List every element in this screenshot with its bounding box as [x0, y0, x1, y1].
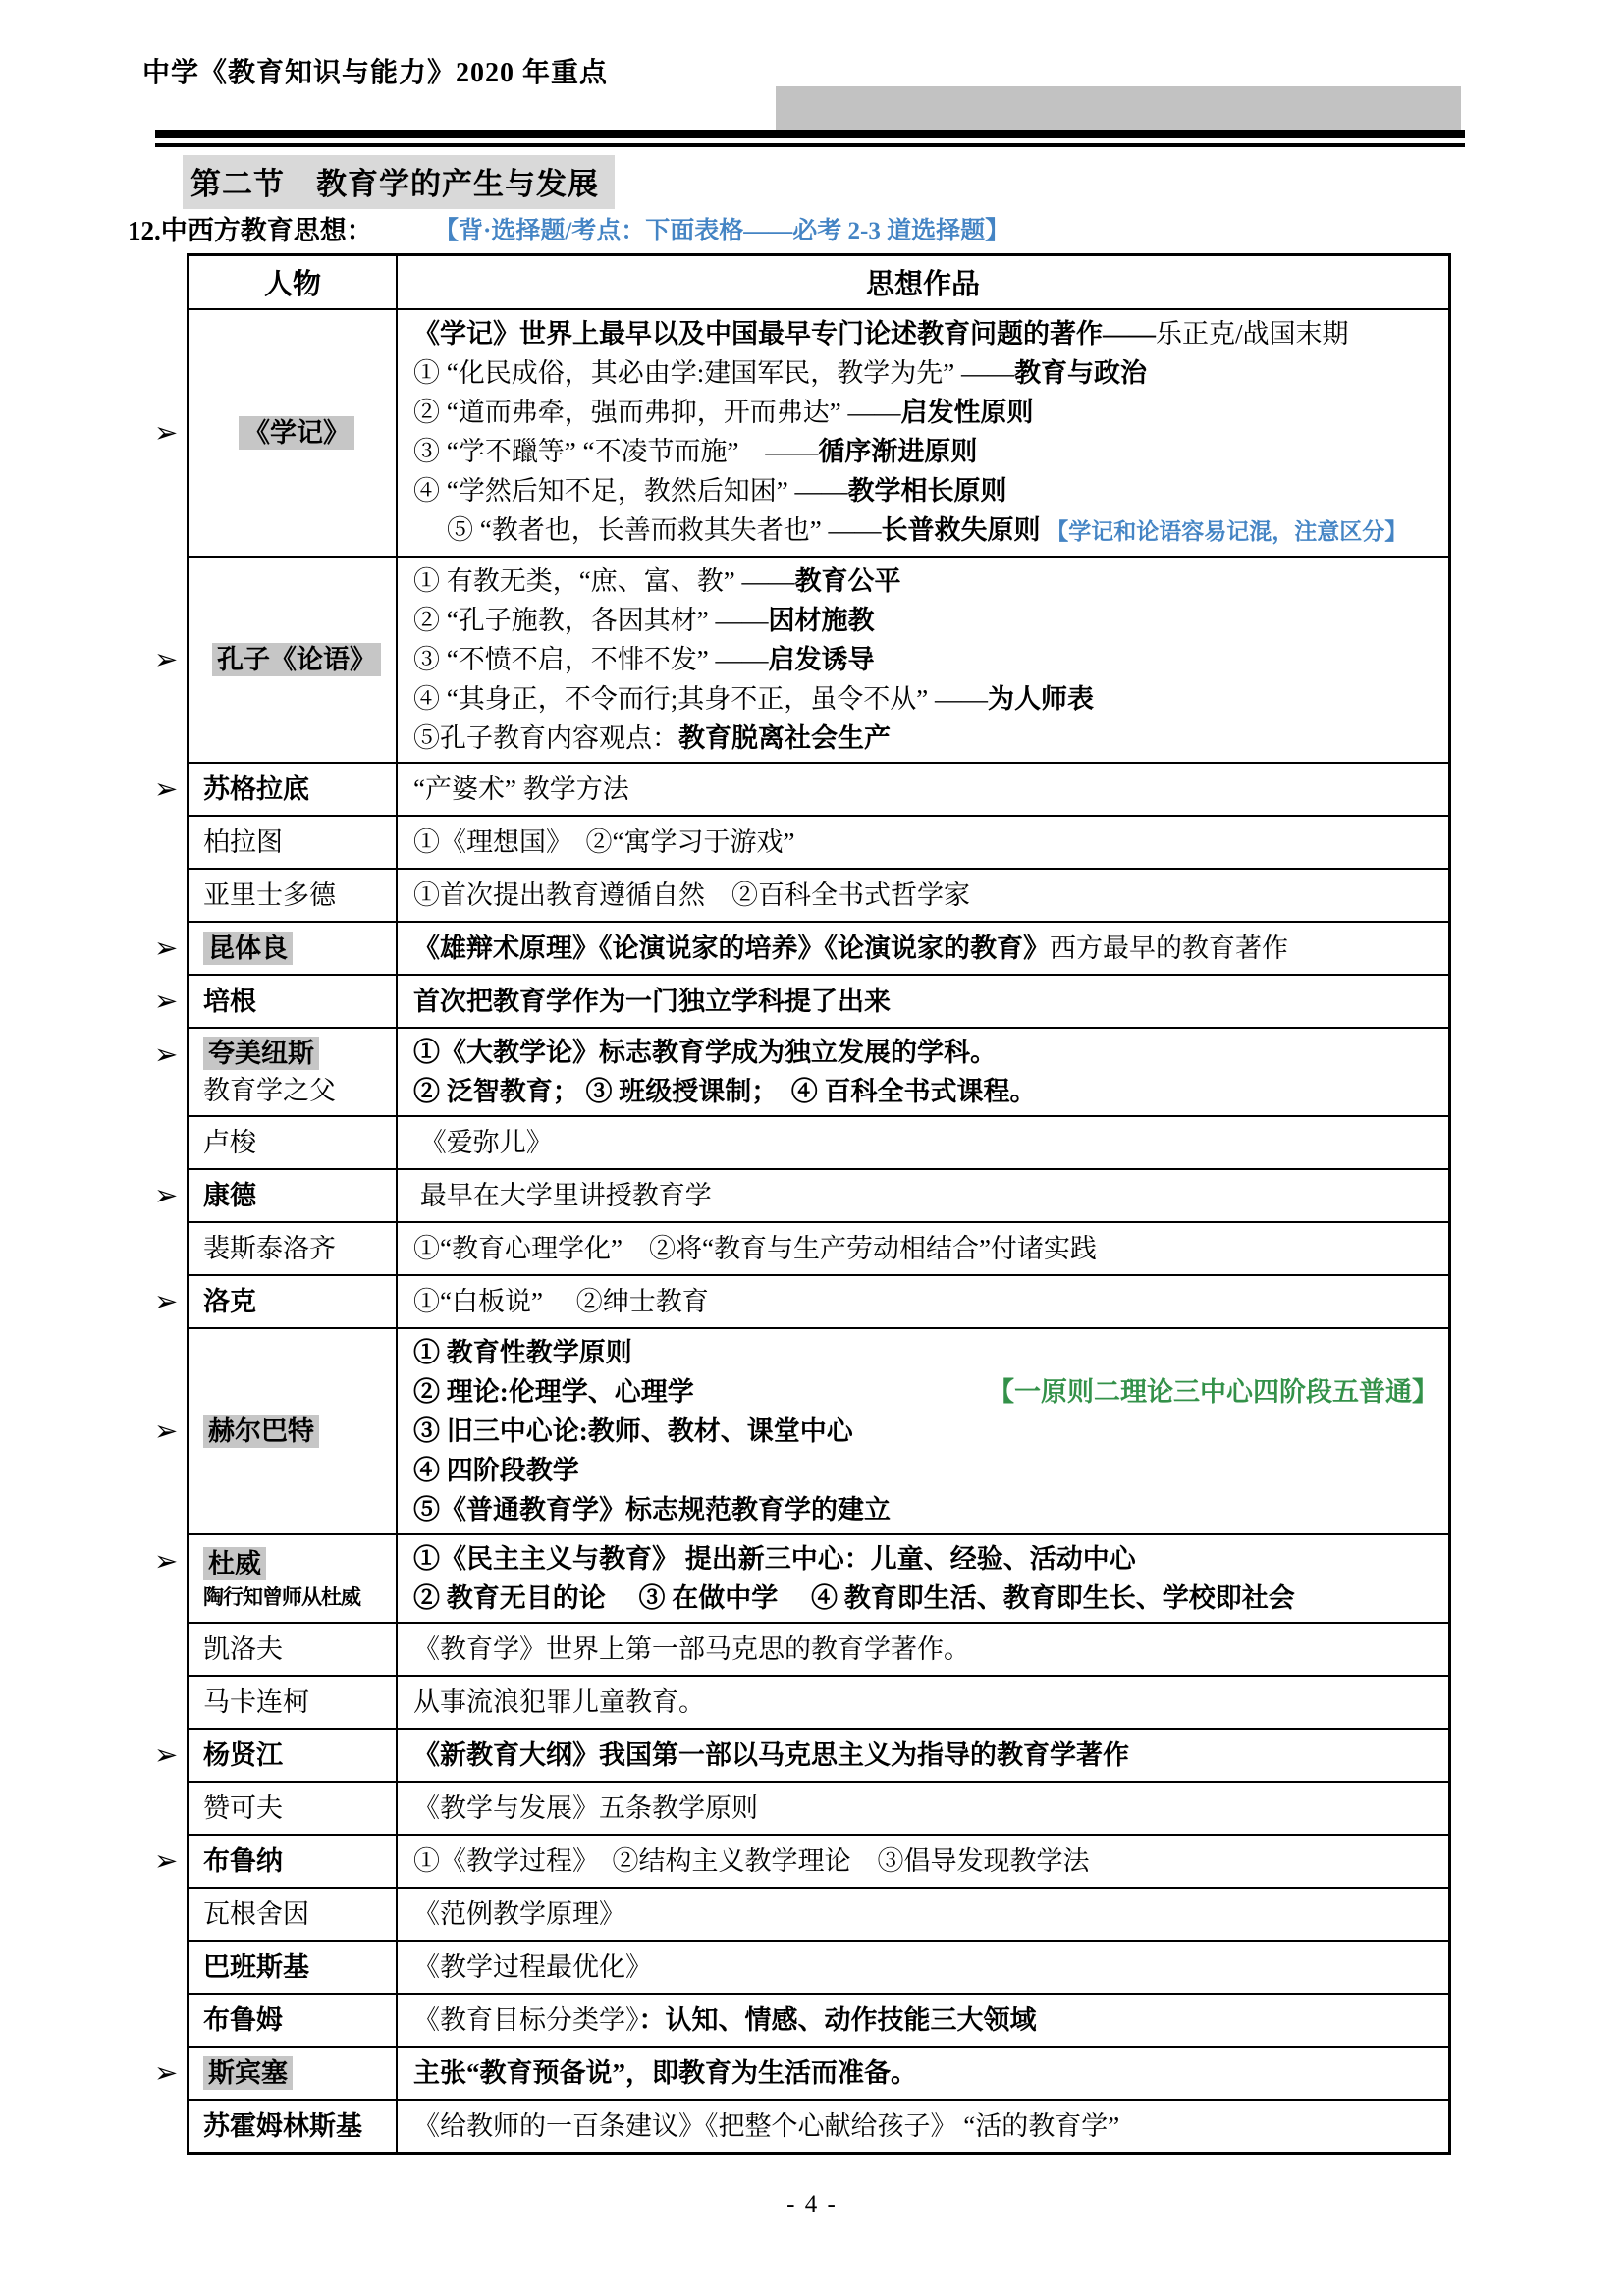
text-span: 《新教育大纲》我国第一部以马克思主义为指导的教育学著作: [413, 1740, 1129, 1770]
person-cell: 夸美纽斯教育学之父: [189, 1029, 398, 1115]
table-row: 凯洛夫《教育学》世界上第一部马克思的教育学著作。: [189, 1622, 1448, 1675]
row-marker-arrow-icon: ➢: [154, 1847, 178, 1876]
person-cell: 洛克: [189, 1276, 398, 1327]
text-span: ①《民主主义与教育》 提出新三中心：儿童、经验、活动中心: [413, 1544, 1136, 1574]
person-name: 凯洛夫: [203, 1630, 390, 1668]
person-name: 教育学之父: [203, 1072, 390, 1109]
table-row: ➢《学记》《学记》世界上最早以及中国最早专门论述教育问题的著作——乐正克/战国末…: [189, 308, 1448, 556]
person-cell: 布鲁纳: [189, 1836, 398, 1887]
text-span: ① “化民成俗，其必由学:建国军民，教学为先” ——: [413, 358, 1014, 388]
row-marker-arrow-icon: ➢: [154, 1182, 178, 1210]
person-name: 赫尔巴特: [203, 1413, 390, 1450]
content-cell: 《给教师的一百条建议》《把整个心献给孩子》 “活的教育学”: [398, 2101, 1448, 2152]
content-cell: 从事流浪犯罪儿童教育。: [398, 1677, 1448, 1728]
row-marker-arrow-icon: ➢: [154, 1741, 178, 1770]
content-line: 《爱弥儿》: [413, 1123, 1438, 1162]
content-line: ⑤ “教者也，长善而救其失者也” ——长普救失原则 【学记和论语容易记混，注意区…: [413, 510, 1438, 552]
person-name: 杜威: [203, 1545, 390, 1582]
row-marker-arrow-icon: ➢: [154, 988, 178, 1016]
text-span: ② “孔子施教，各因其材” ——: [413, 606, 768, 635]
content-column-header: 思想作品: [398, 256, 1448, 308]
person-name: 杨贤江: [203, 1736, 390, 1774]
content-cell: “产婆术” 教学方法: [398, 764, 1448, 815]
person-cell: 斯宾塞: [189, 2048, 398, 2099]
person-cell: 巴班斯基: [189, 1942, 398, 1993]
content-cell: ①首次提出教育遵循自然 ②百科全书式哲学家: [398, 870, 1448, 921]
person-name: 康德: [203, 1177, 390, 1214]
content-line: ② “道而弗牵，强而弗抑，开而弗达” ——启发性原则: [413, 393, 1438, 432]
person-name: 苏霍姆林斯基: [203, 2108, 390, 2145]
content-header-label: 思想作品: [866, 262, 980, 302]
content-line: ④ 四阶段教学: [413, 1451, 1438, 1490]
content-line: ② 理论:伦理学、心理学【一原则二理论三中心四阶段五普通】: [413, 1372, 1438, 1412]
doc-title: 中学《教育知识与能力》2020 年重点: [142, 51, 608, 90]
text-span: ④ 四阶段教学: [413, 1456, 579, 1485]
table-row: ➢斯宾塞主张“教育预备说”，即教育为生活而准备。: [189, 2046, 1448, 2099]
table-row: ➢苏格拉底“产婆术” 教学方法: [189, 762, 1448, 815]
person-cell: 卢梭: [189, 1117, 398, 1168]
text-span: ② “道而弗牵，强而弗抑，开而弗达” ——: [413, 398, 900, 427]
content-cell: ① 教育性教学原则② 理论:伦理学、心理学【一原则二理论三中心四阶段五普通】③ …: [398, 1329, 1448, 1533]
person-header-label: 人物: [264, 262, 321, 302]
row-marker-arrow-icon: ➢: [154, 1417, 178, 1446]
person-cell: 柏拉图: [189, 817, 398, 868]
content-line-right-note: 【一原则二理论三中心四阶段五普通】: [988, 1372, 1438, 1412]
list-exam-note: 【背·选择题/考点：下面表格——必考 2-3 道选择题】: [434, 211, 1009, 246]
content-line: ① 有教无类，“庶、富、教” ——教育公平: [413, 561, 1438, 601]
content-line: 《给教师的一百条建议》《把整个心献给孩子》 “活的教育学”: [413, 2107, 1438, 2146]
content-cell: 《教学过程最优化》: [398, 1942, 1448, 1993]
section-title: 第二节 教育学的产生与发展: [183, 155, 615, 209]
content-cell: 主张“教育预备说”，即教育为生活而准备。: [398, 2048, 1448, 2099]
text-span: ①《教学过程》 ②结构主义教学理论 ③倡导发现教学法: [413, 1846, 1090, 1876]
content-cell: 《教育目标分类学》：认知、情感、动作技能三大领域: [398, 1995, 1448, 2046]
person-name: 亚里士多德: [203, 877, 390, 914]
content-cell: ①“白板说” ②绅士教育: [398, 1276, 1448, 1327]
person-name: 夸美纽斯: [203, 1035, 390, 1072]
text-span: ①《理想国》 ②“寓学习于游戏”: [413, 828, 794, 857]
text-span: ① 有教无类，“庶、富、教” ——: [413, 566, 794, 596]
content-cell: 《新教育大纲》我国第一部以马克思主义为指导的教育学著作: [398, 1730, 1448, 1781]
content-line: 《教学与发展》五条教学原则: [413, 1789, 1438, 1828]
row-marker-arrow-icon: ➢: [154, 2059, 178, 2088]
table-row: 赞可夫《教学与发展》五条教学原则: [189, 1781, 1448, 1834]
text-span: 启发诱导: [768, 645, 874, 674]
text-span: ④ “学然后知不足，教然后知困” ——: [413, 476, 847, 506]
content-line: ①《教学过程》 ②结构主义教学理论 ③倡导发现教学法: [413, 1842, 1438, 1881]
header-divider-rule: [155, 130, 1465, 147]
content-line: 《新教育大纲》我国第一部以马克思主义为指导的教育学著作: [413, 1735, 1438, 1775]
text-span: ①《大教学论》标志教育学成为独立发展的学科。: [413, 1038, 997, 1067]
content-line: 最早在大学里讲授教育学: [413, 1176, 1438, 1215]
person-name: 昆体良: [203, 930, 390, 967]
person-column-header: 人物: [189, 256, 398, 308]
list-label: 12.中西方教育思想：: [128, 209, 373, 247]
table-row: 巴班斯基《教学过程最优化》: [189, 1940, 1448, 1993]
person-cell: 孔子《论语》: [189, 558, 398, 762]
text-span: ② 理论:伦理学、心理学: [413, 1377, 694, 1407]
text-span: 赫尔巴特: [203, 1415, 319, 1448]
text-span: 《爱弥儿》: [413, 1128, 553, 1157]
content-cell: 《雄辩术原理》《论演说家的培养》《论演说家的教育》西方最早的教育著作: [398, 923, 1448, 974]
content-cell: ①《教学过程》 ②结构主义教学理论 ③倡导发现教学法: [398, 1836, 1448, 1887]
text-span: ② 教育无目的论 ③ 在做中学 ④ 教育即生活、教育即生长、学校即社会: [413, 1583, 1295, 1613]
table-row: 裴斯泰洛齐①“教育心理学化” ②将“教育与生产劳动相结合”付诸实践: [189, 1221, 1448, 1274]
text-span: 教育脱离社会生产: [678, 723, 891, 753]
content-line: ① 教育性教学原则: [413, 1333, 1438, 1372]
content-line: ④ “学然后知不足，教然后知困” ——教学相长原则: [413, 471, 1438, 510]
content-line: ③ 旧三中心论:教师、教材、课堂中心: [413, 1412, 1438, 1451]
content-line: ①《民主主义与教育》 提出新三中心：儿童、经验、活动中心: [413, 1539, 1438, 1578]
content-cell: 首次把教育学作为一门独立学科提了出来: [398, 976, 1448, 1027]
table-row: ➢培根首次把教育学作为一门独立学科提了出来: [189, 974, 1448, 1027]
row-marker-arrow-icon: ➢: [154, 775, 178, 804]
text-span: 西方最早的教育著作: [1050, 934, 1288, 963]
content-cell: 《范例教学原理》: [398, 1889, 1448, 1940]
text-span: 《教育学》世界上第一部马克思的教育学著作。: [413, 1634, 970, 1664]
text-span: ：认知、情感、动作技能三大领域: [639, 2005, 1037, 2035]
content-cell: ①《民主主义与教育》 提出新三中心：儿童、经验、活动中心② 教育无目的论 ③ 在…: [398, 1535, 1448, 1622]
text-span: 首次把教育学作为一门独立学科提了出来: [413, 987, 891, 1016]
content-line: 《范例教学原理》: [413, 1895, 1438, 1934]
text-span: ③ “不愤不启，不悱不发” ——: [413, 645, 768, 674]
content-line: ② 教育无目的论 ③ 在做中学 ④ 教育即生活、教育即生长、学校即社会: [413, 1578, 1438, 1618]
person-cell: 杜威陶行知曾师从杜威: [189, 1535, 398, 1622]
person-name: 巴班斯基: [203, 1949, 390, 1986]
content-line: 《教学过程最优化》: [413, 1948, 1438, 1987]
table-row: ➢康德 最早在大学里讲授教育学: [189, 1168, 1448, 1221]
content-cell: ①《理想国》 ②“寓学习于游戏”: [398, 817, 1448, 868]
table-row: 布鲁姆《教育目标分类学》：认知、情感、动作技能三大领域: [189, 1993, 1448, 2046]
content-line: 从事流浪犯罪儿童教育。: [413, 1682, 1438, 1722]
row-marker-arrow-icon: ➢: [154, 419, 178, 448]
person-name: 《学记》: [203, 414, 390, 452]
thinkers-table: 人物思想作品➢《学记》《学记》世界上最早以及中国最早专门论述教育问题的著作——乐…: [187, 253, 1451, 2155]
person-name: 斯宾塞: [203, 2055, 390, 2092]
text-span: 孔子《论语》: [212, 643, 381, 676]
person-name: 洛克: [203, 1283, 390, 1320]
table-row: ➢布鲁纳①《教学过程》 ②结构主义教学理论 ③倡导发现教学法: [189, 1834, 1448, 1887]
text-span: 《范例教学原理》: [413, 1899, 625, 1929]
content-cell: ① 有教无类，“庶、富、教” ——教育公平② “孔子施教，各因其材” ——因材施…: [398, 558, 1448, 762]
text-span: ⑤ “教者也，长善而救其失者也” ——: [447, 515, 881, 545]
content-line: ①《大教学论》标志教育学成为独立发展的学科。: [413, 1033, 1438, 1072]
content-line: ⑤《普通教育学》标志规范教育学的建立: [413, 1490, 1438, 1529]
person-name: 布鲁纳: [203, 1842, 390, 1880]
person-name: 布鲁姆: [203, 2002, 390, 2039]
text-span: 夸美纽斯: [203, 1037, 319, 1070]
content-line: ② “孔子施教，各因其材” ——因材施教: [413, 601, 1438, 640]
content-line: ① “化民成俗，其必由学:建国军民，教学为先” ——教育与政治: [413, 353, 1438, 393]
table-row: 亚里士多德①首次提出教育遵循自然 ②百科全书式哲学家: [189, 868, 1448, 921]
table-row: ➢昆体良《雄辩术原理》《论演说家的培养》《论演说家的教育》西方最早的教育著作: [189, 921, 1448, 974]
content-line: ①“白板说” ②绅士教育: [413, 1282, 1438, 1321]
text-span: 教学相长原则: [847, 476, 1006, 506]
content-line: 《雄辩术原理》《论演说家的培养》《论演说家的教育》西方最早的教育著作: [413, 929, 1438, 968]
person-name: 赞可夫: [203, 1789, 390, 1827]
content-line: 《教育目标分类学》：认知、情感、动作技能三大领域: [413, 2001, 1438, 2040]
content-line: ③ “不愤不启，不悱不发” ——启发诱导: [413, 640, 1438, 679]
row-marker-arrow-icon: ➢: [154, 1547, 178, 1575]
person-cell: 赞可夫: [189, 1783, 398, 1834]
content-cell: 《爱弥儿》: [398, 1117, 1448, 1168]
text-span: 《教学过程最优化》: [413, 1952, 652, 1982]
content-cell: 《教学与发展》五条教学原则: [398, 1783, 1448, 1834]
content-line: ①首次提出教育遵循自然 ②百科全书式哲学家: [413, 876, 1438, 915]
person-cell: 马卡连柯: [189, 1677, 398, 1728]
content-line: 《学记》世界上最早以及中国最早专门论述教育问题的著作——乐正克/战国末期: [413, 314, 1438, 353]
table-row: 苏霍姆林斯基《给教师的一百条建议》《把整个心献给孩子》 “活的教育学”: [189, 2099, 1448, 2152]
table-row: 瓦根舍因《范例教学原理》: [189, 1887, 1448, 1940]
content-line: 首次把教育学作为一门独立学科提了出来: [413, 982, 1438, 1021]
content-line: ⑤孔子教育内容观点：教育脱离社会生产: [413, 719, 1438, 758]
text-span: 长普救失原则: [881, 515, 1040, 545]
table-row: 柏拉图①《理想国》 ②“寓学习于游戏”: [189, 815, 1448, 868]
content-line: 主张“教育预备说”，即教育为生活而准备。: [413, 2054, 1438, 2093]
content-cell: ①《大教学论》标志教育学成为独立发展的学科。② 泛智教育； ③ 班级授课制； ④…: [398, 1029, 1448, 1115]
table-row: ➢洛克①“白板说” ②绅士教育: [189, 1274, 1448, 1327]
row-marker-arrow-icon: ➢: [154, 1041, 178, 1069]
person-name: 陶行知曾师从杜威: [203, 1582, 390, 1612]
text-span: ⑤孔子教育内容观点：: [413, 723, 678, 753]
person-cell: 昆体良: [189, 923, 398, 974]
row-marker-arrow-icon: ➢: [154, 934, 178, 963]
person-name: 瓦根舍因: [203, 1896, 390, 1933]
text-span: 【学记和论语容易记混，注意区分】: [1040, 519, 1407, 544]
content-line-left: ② 理论:伦理学、心理学: [413, 1372, 694, 1412]
page-number: - 4 -: [0, 2191, 1624, 2218]
person-cell: 《学记》: [189, 310, 398, 556]
text-span: 循序渐进原则: [818, 437, 977, 466]
table-row: 马卡连柯从事流浪犯罪儿童教育。: [189, 1675, 1448, 1728]
text-span: 《给教师的一百条建议》《把整个心献给孩子》 “活的教育学”: [413, 2111, 1119, 2141]
text-span: ①“教育心理学化” ②将“教育与生产劳动相结合”付诸实践: [413, 1234, 1097, 1263]
table-header-row: 人物思想作品: [189, 256, 1448, 308]
text-span: 昆体良: [203, 932, 293, 965]
text-span: ④ “其身正，不令而行;其身不正，虽令不从” ——: [413, 684, 988, 714]
content-cell: ①“教育心理学化” ②将“教育与生产劳动相结合”付诸实践: [398, 1223, 1448, 1274]
content-line: ② 泛智教育； ③ 班级授课制； ④ 百科全书式课程。: [413, 1072, 1438, 1111]
content-line: 《教育学》世界上第一部马克思的教育学著作。: [413, 1629, 1438, 1669]
text-span: ③ “学不躐等” “不凌节而施” ——: [413, 437, 818, 466]
text-span: 《教学与发展》五条教学原则: [413, 1793, 758, 1823]
text-span: ①“白板说” ②绅士教育: [413, 1287, 709, 1316]
person-name: 马卡连柯: [203, 1683, 390, 1721]
person-cell: 裴斯泰洛齐: [189, 1223, 398, 1274]
person-name: 孔子《论语》: [203, 641, 390, 678]
content-line: ①《理想国》 ②“寓学习于游戏”: [413, 823, 1438, 862]
text-span: 教育公平: [794, 566, 900, 596]
text-span: 启发性原则: [900, 398, 1033, 427]
text-span: “产婆术” 教学方法: [413, 774, 629, 804]
person-cell: 苏格拉底: [189, 764, 398, 815]
person-cell: 亚里士多德: [189, 870, 398, 921]
person-name: 苏格拉底: [203, 771, 390, 808]
content-cell: 最早在大学里讲授教育学: [398, 1170, 1448, 1221]
person-cell: 康德: [189, 1170, 398, 1221]
person-cell: 培根: [189, 976, 398, 1027]
table-row: 卢梭 《爱弥儿》: [189, 1115, 1448, 1168]
text-span: 杜威: [203, 1547, 266, 1580]
person-name: 培根: [203, 983, 390, 1020]
person-cell: 瓦根舍因: [189, 1889, 398, 1940]
table-row: ➢赫尔巴特① 教育性教学原则② 理论:伦理学、心理学【一原则二理论三中心四阶段五…: [189, 1327, 1448, 1533]
person-cell: 布鲁姆: [189, 1995, 398, 2046]
table-row: ➢夸美纽斯教育学之父①《大教学论》标志教育学成为独立发展的学科。② 泛智教育； …: [189, 1027, 1448, 1115]
text-span: 从事流浪犯罪儿童教育。: [413, 1687, 705, 1717]
text-span: 为人师表: [988, 684, 1094, 714]
text-span: ①首次提出教育遵循自然 ②百科全书式哲学家: [413, 881, 970, 910]
text-span: 教育与政治: [1014, 358, 1147, 388]
content-line: “产婆术” 教学方法: [413, 770, 1438, 809]
person-cell: 赫尔巴特: [189, 1329, 398, 1533]
person-cell: 苏霍姆林斯基: [189, 2101, 398, 2152]
text-span: 《学记》: [239, 416, 354, 450]
row-marker-arrow-icon: ➢: [154, 646, 178, 674]
person-name: 卢梭: [203, 1124, 390, 1161]
text-span: 《雄辩术原理》《论演说家的培养》《论演说家的教育》: [413, 934, 1050, 963]
header-gray-bar: [776, 86, 1461, 130]
table-row: ➢孔子《论语》① 有教无类，“庶、富、教” ——教育公平② “孔子施教，各因其材…: [189, 556, 1448, 762]
person-cell: 杨贤江: [189, 1730, 398, 1781]
text-span: ③ 旧三中心论:教师、教材、课堂中心: [413, 1416, 853, 1446]
text-span: 斯宾塞: [203, 2056, 293, 2090]
text-span: 最早在大学里讲授教育学: [413, 1181, 712, 1210]
text-span: ① 教育性教学原则: [413, 1338, 632, 1367]
text-span: 主张“教育预备说”，即教育为生活而准备。: [413, 2058, 917, 2088]
person-cell: 凯洛夫: [189, 1624, 398, 1675]
text-span: 《教育目标分类学》: [413, 2005, 639, 2035]
content-line: ①“教育心理学化” ②将“教育与生产劳动相结合”付诸实践: [413, 1229, 1438, 1268]
text-span: 乐正克/战国末期: [1156, 319, 1349, 348]
content-line: ④ “其身正，不令而行;其身不正，虽令不从” ——为人师表: [413, 679, 1438, 719]
text-span: 因材施教: [768, 606, 874, 635]
table-row: ➢杨贤江《新教育大纲》我国第一部以马克思主义为指导的教育学著作: [189, 1728, 1448, 1781]
text-span: ⑤《普通教育学》标志规范教育学的建立: [413, 1495, 891, 1524]
person-name: 柏拉图: [203, 824, 390, 861]
content-cell: 《学记》世界上最早以及中国最早专门论述教育问题的著作——乐正克/战国末期① “化…: [398, 310, 1448, 556]
row-marker-arrow-icon: ➢: [154, 1288, 178, 1316]
content-line: ③ “学不躐等” “不凌节而施” ——循序渐进原则: [413, 432, 1438, 471]
table-row: ➢杜威陶行知曾师从杜威①《民主主义与教育》 提出新三中心：儿童、经验、活动中心②…: [189, 1533, 1448, 1622]
content-cell: 《教育学》世界上第一部马克思的教育学著作。: [398, 1624, 1448, 1675]
person-name: 裴斯泰洛齐: [203, 1230, 390, 1267]
text-span: 《学记》世界上最早以及中国最早专门论述教育问题的著作——: [413, 319, 1156, 348]
text-span: ② 泛智教育； ③ 班级授课制； ④ 百科全书式课程。: [413, 1077, 1037, 1106]
